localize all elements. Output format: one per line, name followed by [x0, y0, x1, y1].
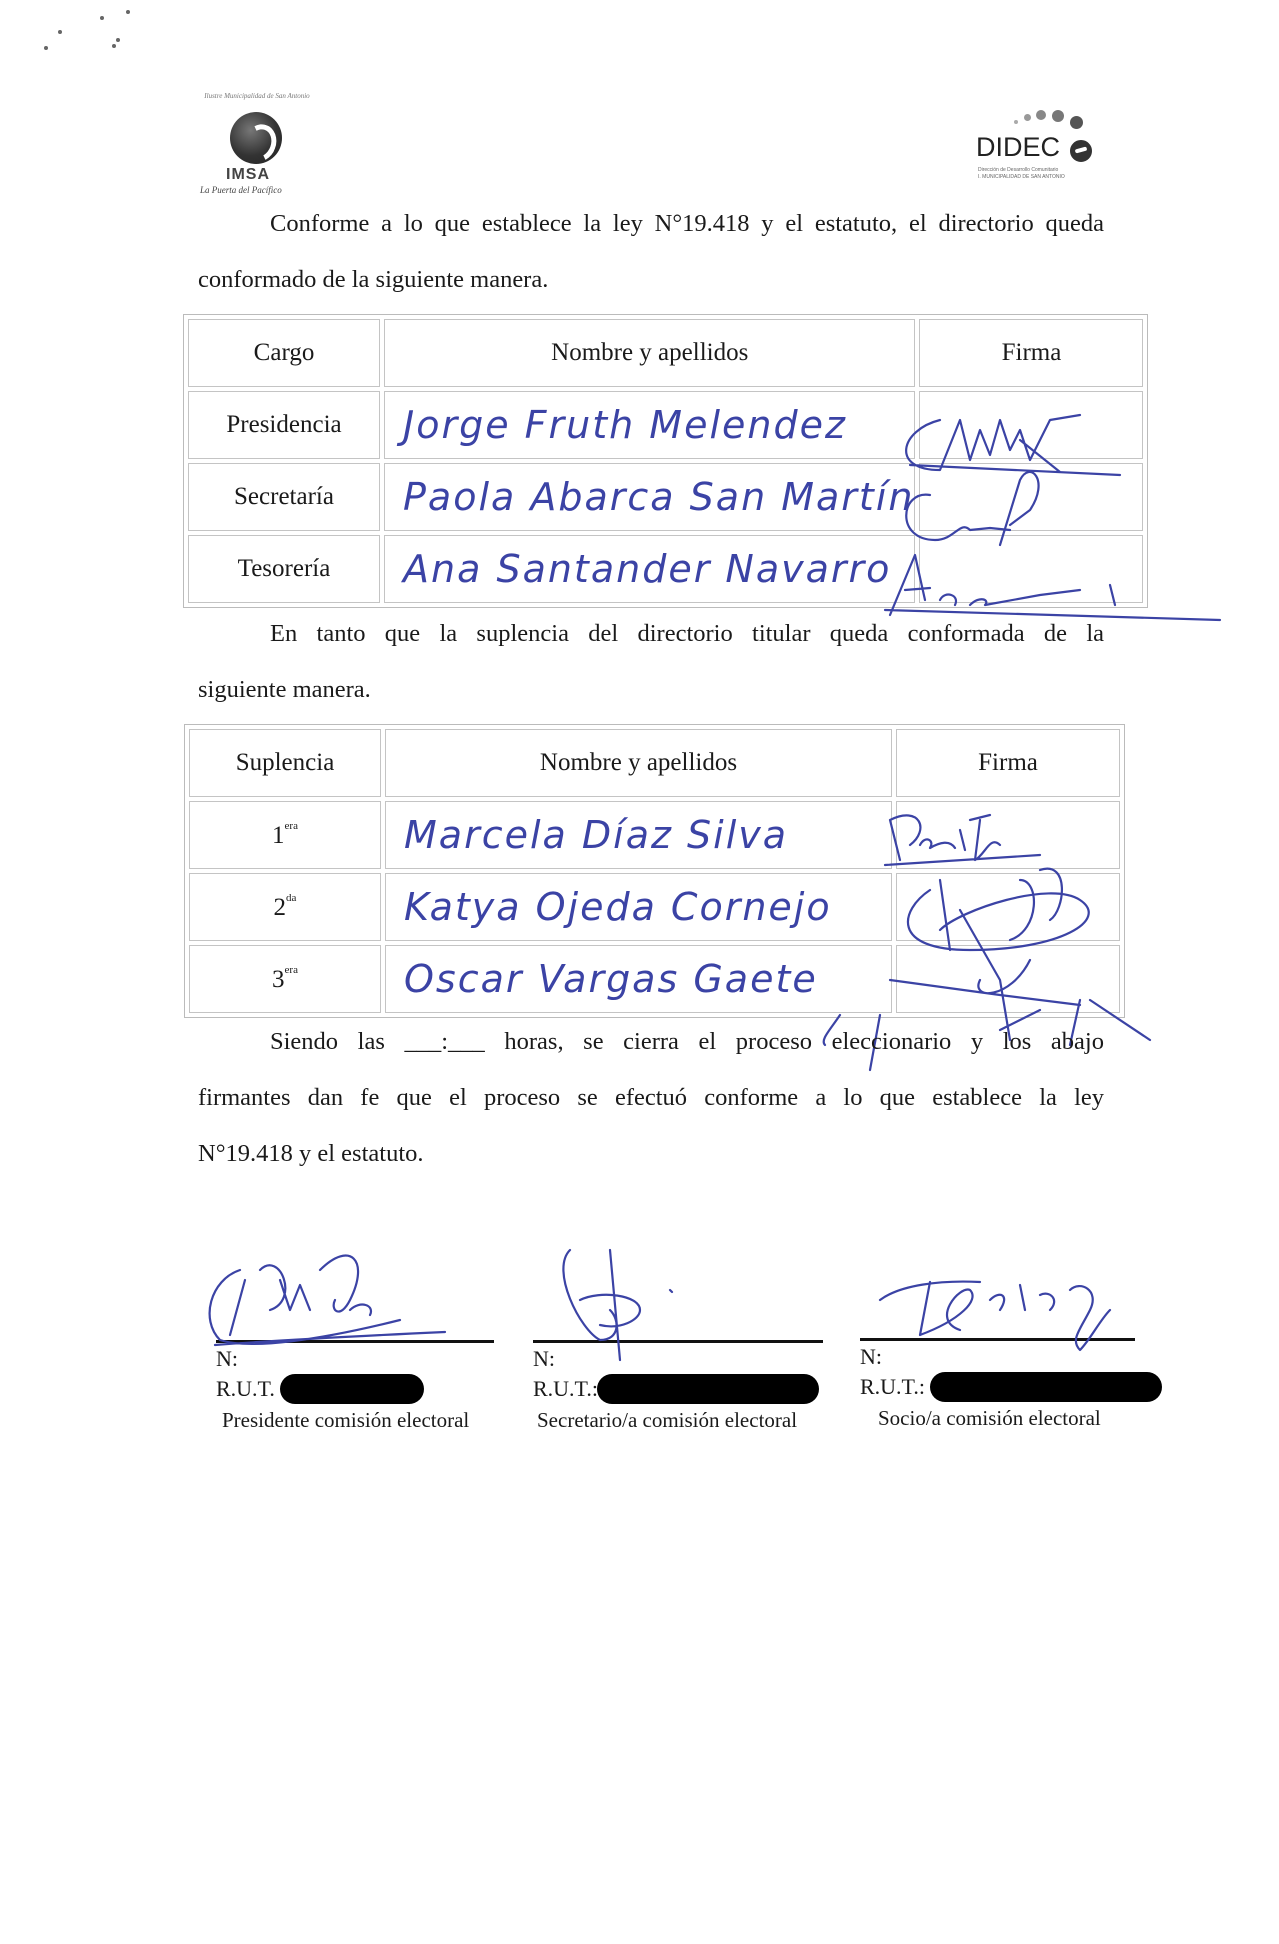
- globe-icon: [1070, 140, 1092, 162]
- rut-redaction: [280, 1374, 424, 1404]
- order-number: 2: [274, 894, 287, 921]
- order-number: 3: [272, 966, 285, 993]
- table-row: 2da Katya Ojeda Cornejo: [189, 873, 1120, 941]
- commission-signatures: [200, 1240, 1160, 1380]
- dideco-logo: DIDEC Dirección de Desarrollo Comunitari…: [972, 106, 1102, 186]
- intro-paragraph: Conforme a lo que establece la ley N°19.…: [198, 196, 1104, 308]
- signature-line: [533, 1340, 823, 1343]
- closing-line-1: Siendo las ___:___ horas, se cierra el p…: [270, 1028, 1104, 1055]
- handwritten-name: Ana Santander Navarro: [384, 535, 915, 603]
- signature-cell: [919, 463, 1143, 531]
- signature-line: [216, 1340, 494, 1343]
- rut-redaction: [597, 1374, 819, 1404]
- suplencia-order-cell: 1era: [189, 801, 381, 869]
- closing-line-3: N°19.418 y el estatuto.: [198, 1126, 1104, 1182]
- table-row: Presidencia Jorge Fruth Melendez: [188, 391, 1143, 459]
- logo-name: IMSA: [226, 166, 270, 184]
- logo-tagline: La Puerta del Pacífico: [200, 185, 282, 195]
- rut-redaction: [930, 1372, 1162, 1402]
- rut-label: R.U.T.:: [860, 1374, 925, 1400]
- cargo-cell: Presidencia: [188, 391, 380, 459]
- suplencia-table: Suplencia Nombre y apellidos Firma 1era …: [184, 724, 1125, 1018]
- handwritten-name: Marcela Díaz Silva: [385, 801, 892, 869]
- table-row: 1era Marcela Díaz Silva: [189, 801, 1120, 869]
- rut-label: R.U.T.: [216, 1376, 275, 1402]
- order-suffix: era: [285, 964, 298, 976]
- handwritten-name: Oscar Vargas Gaete: [385, 945, 892, 1013]
- suplencia-line-1: En tanto que la suplencia del directorio…: [270, 620, 1104, 647]
- handwritten-name: Paola Abarca San Martín: [384, 463, 915, 531]
- role-label: Presidente comisión electoral: [222, 1408, 469, 1433]
- header-suplencia: Suplencia: [189, 729, 381, 797]
- signature-cell: [896, 801, 1120, 869]
- header-firma: Firma: [896, 729, 1120, 797]
- order-suffix: da: [286, 892, 296, 904]
- order-number: 1: [272, 822, 285, 849]
- suplencia-order-cell: 3era: [189, 945, 381, 1013]
- header-nombre: Nombre y apellidos: [384, 319, 915, 387]
- table-row: 3era Oscar Vargas Gaete: [189, 945, 1120, 1013]
- logo-subtitle-1: Dirección de Desarrollo Comunitario: [978, 167, 1058, 173]
- rut-label: R.U.T.:: [533, 1376, 598, 1402]
- signature-presidente-comision: [210, 1256, 445, 1345]
- name-label: N:: [533, 1346, 555, 1372]
- handwritten-name: Jorge Fruth Melendez: [384, 391, 915, 459]
- imsa-logo: Ilustre Municipalidad de San Antonio IMS…: [200, 92, 320, 202]
- signature-line: [860, 1338, 1135, 1341]
- intro-line-1: Conforme a lo que establece la ley N°19.…: [270, 210, 1104, 237]
- table-header-row: Cargo Nombre y apellidos Firma: [188, 319, 1143, 387]
- signature-cell: [919, 391, 1143, 459]
- handwritten-name: Katya Ojeda Cornejo: [385, 873, 892, 941]
- header-nombre: Nombre y apellidos: [385, 729, 892, 797]
- directorio-table: Cargo Nombre y apellidos Firma Presidenc…: [183, 314, 1148, 608]
- signature-cell: [896, 945, 1120, 1013]
- role-label: Secretario/a comisión electoral: [537, 1408, 797, 1433]
- closing-line-2: firmantes dan fe que el proceso se efect…: [198, 1070, 1104, 1126]
- cargo-cell: Tesorería: [188, 535, 380, 603]
- header-firma: Firma: [919, 319, 1143, 387]
- intro-line-2: conformado de la siguiente manera.: [198, 252, 1104, 308]
- table-row: Tesorería Ana Santander Navarro: [188, 535, 1143, 603]
- suplencia-order-cell: 2da: [189, 873, 381, 941]
- order-suffix: era: [285, 820, 298, 832]
- cargo-cell: Secretaría: [188, 463, 380, 531]
- closing-paragraph: Siendo las ___:___ horas, se cierra el p…: [198, 1014, 1104, 1182]
- signature-cell: [896, 873, 1120, 941]
- name-label: N:: [216, 1346, 238, 1372]
- name-label: N:: [860, 1344, 882, 1370]
- suplencia-line-2: siguiente manera.: [198, 662, 1104, 718]
- scan-artifact: [30, 10, 150, 70]
- table-header-row: Suplencia Nombre y apellidos Firma: [189, 729, 1120, 797]
- role-label: Socio/a comisión electoral: [878, 1406, 1101, 1431]
- logo-word: DIDEC: [976, 132, 1060, 163]
- logo-subtitle-2: I. MUNICIPALIDAD DE SAN ANTONIO: [978, 174, 1065, 180]
- header-cargo: Cargo: [188, 319, 380, 387]
- signature-secretario-comision: [563, 1250, 672, 1360]
- table-row: Secretaría Paola Abarca San Martín: [188, 463, 1143, 531]
- suplencia-paragraph: En tanto que la suplencia del directorio…: [198, 606, 1104, 718]
- signature-cell: [919, 535, 1143, 603]
